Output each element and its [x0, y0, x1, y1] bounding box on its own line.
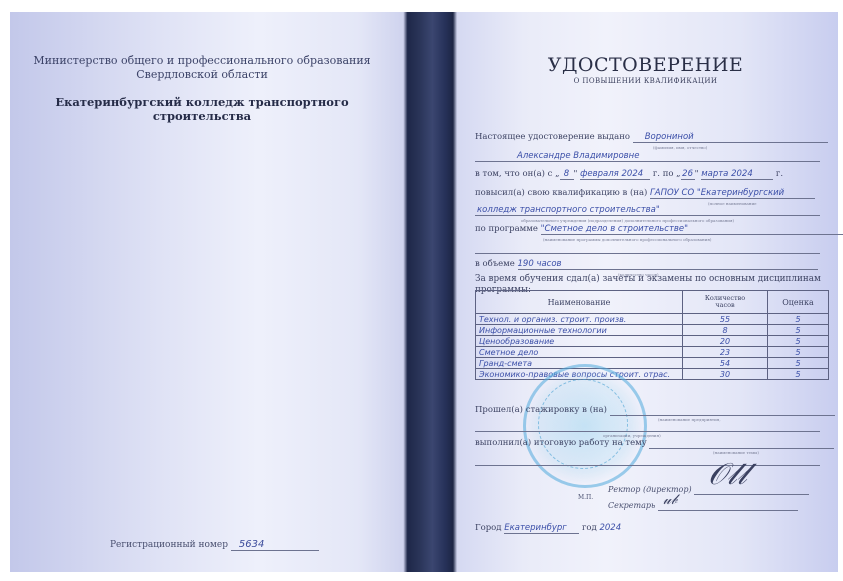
city-line: Город Екатеринбург год 2024	[475, 523, 820, 534]
cell-name: Ценообразование	[476, 336, 683, 347]
cell-grade: 5	[768, 314, 829, 325]
header-hours-2: часов	[686, 302, 764, 309]
qualification-line: повысил(а) свою квалификацию в (на) ГАПО…	[475, 188, 820, 199]
period-mid: г. по „	[653, 169, 681, 179]
name-line: Александре Владимировне	[475, 151, 820, 162]
reg-label: Регистрационный номер	[110, 540, 228, 550]
exams-text-1: За время обучения сдал(а) зачеты и экзам…	[475, 274, 820, 284]
stamp-label: М.П.	[578, 494, 593, 501]
cell-hours: 23	[683, 347, 768, 358]
cell-grade: 5	[768, 369, 829, 380]
cell-hours: 8	[683, 325, 768, 336]
reg-number-value: 5634	[231, 539, 319, 551]
institution-line: колледж транспортного строительства"	[475, 205, 820, 216]
cell-grade: 5	[768, 336, 829, 347]
header-name: Наименование	[476, 291, 683, 314]
program-hint: (наименование программы дополнительного …	[543, 237, 711, 242]
ministry-line-2: Свердловской области	[10, 68, 394, 82]
cell-name: Информационные технологии	[476, 325, 683, 336]
start-month-year: февраля 2024	[580, 169, 643, 179]
certificate-subtitle: О ПОВЫШЕНИИ КВАЛИФИКАЦИИ	[453, 77, 838, 85]
secretary-line: Секретарь	[608, 501, 798, 511]
period-prefix: в том, что он(а) с „	[475, 169, 560, 179]
table-row: Сметное дело235	[476, 347, 829, 358]
thesis-line: выполнил(а) итоговую работу на тему	[475, 438, 820, 449]
table-row: Технол. и организ. строит. произв.555	[476, 314, 829, 325]
period-line: в том, что он(а) с „8" февраля 2024 г. п…	[475, 169, 820, 180]
issued-line: Настоящее удостоверение выдано Ворониной	[475, 132, 820, 143]
cell-name: Сметное дело	[476, 347, 683, 358]
ministry-heading: Министерство общего и профессионального …	[10, 54, 394, 82]
city-value: Екатеринбург	[504, 523, 567, 533]
table-row: Информационные технологии85	[476, 325, 829, 336]
grades-table: Наименование Количество часов Оценка Тех…	[475, 290, 829, 380]
rector-signature: 𝒪𝓁𝓁	[708, 457, 747, 492]
internship-line: Прошел(а) стажировку в (на)	[475, 405, 820, 416]
rector-label: Ректор (директор)	[608, 485, 692, 494]
city-label: Город	[475, 523, 502, 533]
header-grade: Оценка	[768, 291, 829, 314]
qualification-label: повысил(а) свою квалификацию в (на)	[475, 188, 647, 198]
recipient-name: Александре Владимировне	[475, 151, 639, 161]
cell-hours: 20	[683, 336, 768, 347]
year-label: год	[582, 523, 597, 533]
cell-grade: 5	[768, 325, 829, 336]
volume-label: в объеме	[475, 259, 515, 269]
cell-grade: 5	[768, 358, 829, 369]
cell-grade: 5	[768, 347, 829, 358]
recipient-surname: Ворониной	[633, 132, 694, 142]
right-page: УДОСТОВЕРЕНИЕ О ПОВЫШЕНИИ КВАЛИФИКАЦИИ Н…	[453, 12, 838, 572]
ministry-line-1: Министерство общего и профессионального …	[10, 54, 394, 68]
institution-part-2: колледж транспортного строительства"	[475, 205, 660, 215]
cell-hours: 30	[683, 369, 768, 380]
program-line: по программе "Сметное дело в строительст…	[475, 224, 820, 235]
start-day: 8	[564, 169, 569, 179]
certificate-title: УДОСТОВЕРЕНИЕ	[453, 54, 838, 76]
program-extra-line	[475, 243, 820, 254]
volume-line: в объеме 190 часов	[475, 259, 820, 270]
secretary-signature: 𝓊𝒷	[663, 492, 677, 508]
volume-value: 190 часов	[518, 259, 562, 269]
program-name: "Сметное дело в строительстве"	[541, 224, 688, 234]
thesis-extra-line	[475, 455, 820, 466]
end-day: 26	[682, 169, 693, 179]
thesis-label: выполнил(а) итоговую работу на тему	[475, 438, 647, 448]
issued-label: Настоящее удостоверение выдано	[475, 132, 630, 142]
institution-hint-2: образовательного учреждения (подразделен…	[521, 218, 734, 223]
end-month-year: марта 2024	[701, 169, 753, 179]
surname-hint: (фамилия, имя, отчество)	[653, 145, 707, 150]
internship-label: Прошел(а) стажировку в (на)	[475, 405, 607, 415]
secretary-label: Секретарь	[608, 501, 655, 510]
period-suffix: г.	[776, 169, 783, 179]
year-value: 2024	[599, 523, 621, 533]
institution-part-1: ГАПОУ СО "Екатеринбургский	[650, 188, 784, 198]
table-header-row: Наименование Количество часов Оценка	[476, 291, 829, 314]
cell-name: Технол. и организ. строит. произв.	[476, 314, 683, 325]
table-row: Гранд-смета545	[476, 358, 829, 369]
header-hours: Количество часов	[683, 291, 768, 314]
table-row: Ценообразование205	[476, 336, 829, 347]
table-row: Экономико-правовые вопросы строит. отрас…	[476, 369, 829, 380]
college-name: Екатеринбургский колледж транспортного с…	[10, 95, 394, 123]
left-page: Министерство общего и профессионального …	[10, 12, 394, 572]
cell-hours: 55	[683, 314, 768, 325]
cell-hours: 54	[683, 358, 768, 369]
internship-extra-line	[475, 421, 820, 432]
registration-number: Регистрационный номер 5634	[110, 539, 319, 551]
program-label: по программе	[475, 224, 538, 234]
